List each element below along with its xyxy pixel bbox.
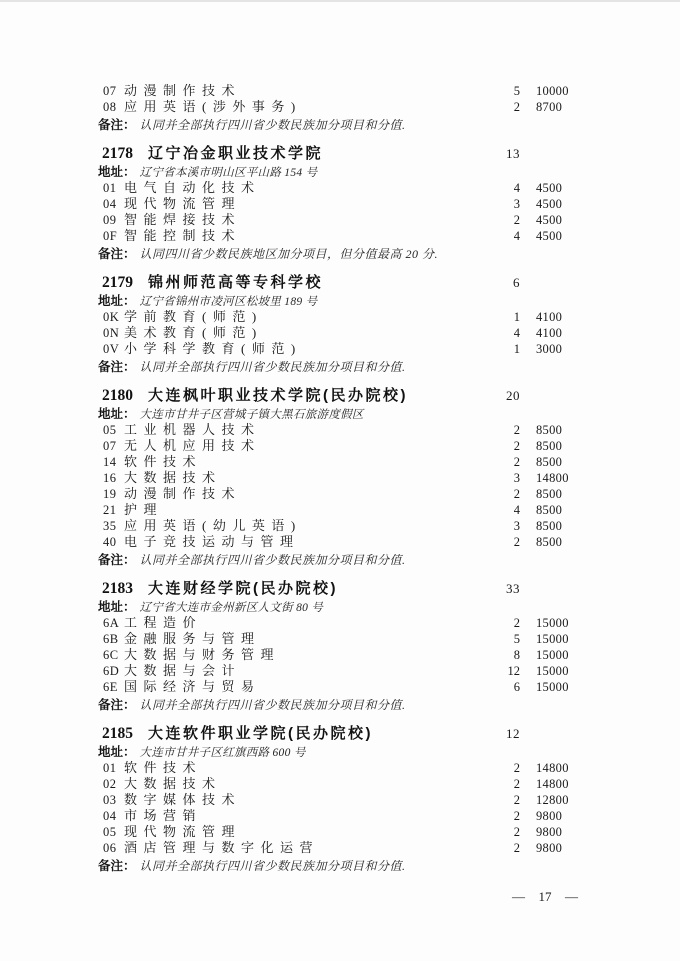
major-code: 16: [103, 470, 124, 486]
school-section: 2178辽宁冶金职业技术学院13地址：辽宁省本溪市明山区平山路 154 号01电…: [0, 144, 680, 262]
school-header: 2183大连财经学院(民办院校)33: [0, 579, 680, 599]
major-row: 09智能焊接技术24500: [0, 212, 680, 228]
school-name: 锦州师范高等专科学校: [148, 274, 323, 291]
major-code: 6E: [103, 679, 124, 695]
note-text: 认同并全部执行四川省少数民族加分项目和分值.: [140, 360, 406, 374]
school-section: 2185大连软件职业学院(民办院校)12地址：大连市甘井子区红旗西路 600 号…: [0, 724, 680, 874]
major-code: 14: [103, 454, 124, 470]
major-name: 工程造价: [124, 615, 202, 630]
major-code: 6B: [103, 631, 124, 647]
school-name: 大连枫叶职业技术学院(民办院校): [148, 387, 408, 404]
major-plan-count: 3: [460, 470, 520, 486]
document-content: 07动漫制作技术51000008应用英语(涉外事务)28700备注：认同并全部执…: [0, 83, 680, 874]
major-row: 14软件技术28500: [0, 454, 680, 470]
major-plan-count: 2: [460, 840, 520, 856]
major-tuition-fee: 4100: [536, 325, 562, 341]
footer-dash-right: —: [565, 889, 578, 905]
major-row: 6D大数据与会计1215000: [0, 663, 680, 679]
school-section: 2180大连枫叶职业技术学院(民办院校)20地址：大连市甘井子区营城子镇大黑石旅…: [0, 386, 680, 568]
address-row: 地址：辽宁省锦州市凌河区松坡里 189 号: [0, 293, 680, 309]
major-row: 04市场营销29800: [0, 808, 680, 824]
major-row: 0N美术教育(师范)44100: [0, 325, 680, 341]
school-code: 2178: [102, 144, 140, 164]
major-name: 现代物流管理: [124, 196, 241, 211]
major-name: 大数据与财务管理: [124, 647, 280, 662]
major-plan-count: 3: [460, 196, 520, 212]
school-name: 辽宁冶金职业技术学院: [148, 145, 323, 162]
major-tuition-fee: 8700: [536, 99, 562, 115]
major-row: 19动漫制作技术28500: [0, 486, 680, 502]
major-code: 21: [103, 502, 124, 518]
major-name: 小学科学教育(师范): [124, 341, 302, 356]
major-plan-count: 4: [460, 502, 520, 518]
major-plan-count: 3: [460, 518, 520, 534]
note-row: 备注：认同四川省少数民族地区加分项目，但分值最高 20 分.: [0, 246, 680, 262]
major-code: 04: [103, 196, 124, 212]
note-row: 备注：认同并全部执行四川省少数民族加分项目和分值.: [0, 697, 680, 713]
major-plan-count: 2: [460, 438, 520, 454]
major-row: 0K学前教育(师范)14100: [0, 309, 680, 325]
major-row: 16大数据技术314800: [0, 470, 680, 486]
major-code: 07: [103, 83, 124, 99]
school-plan-total: 13: [460, 144, 520, 164]
note-text: 认同并全部执行四川省少数民族加分项目和分值.: [140, 553, 406, 567]
major-row: 0F智能控制技术44500: [0, 228, 680, 244]
major-tuition-fee: 8500: [536, 486, 562, 502]
school-header: 2178辽宁冶金职业技术学院13: [0, 144, 680, 164]
school-header: 2180大连枫叶职业技术学院(民办院校)20: [0, 386, 680, 406]
major-plan-count: 2: [460, 422, 520, 438]
major-name: 软件技术: [124, 454, 202, 469]
major-name: 护理: [124, 502, 163, 517]
major-plan-count: 1: [460, 341, 520, 357]
major-name: 动漫制作技术: [124, 486, 241, 501]
school-plan-total: 6: [460, 273, 520, 293]
major-name: 大数据技术: [124, 470, 222, 485]
note-row: 备注：认同并全部执行四川省少数民族加分项目和分值.: [0, 359, 680, 375]
address-text: 辽宁省锦州市凌河区松坡里 189 号: [140, 296, 318, 308]
note-row: 备注：认同并全部执行四川省少数民族加分项目和分值.: [0, 858, 680, 874]
major-tuition-fee: 9800: [536, 840, 562, 856]
major-tuition-fee: 15000: [536, 647, 569, 663]
major-tuition-fee: 15000: [536, 631, 569, 647]
major-plan-count: 2: [460, 99, 520, 115]
major-name: 酒店管理与数字化运营: [124, 840, 319, 855]
major-row: 6C大数据与财务管理815000: [0, 647, 680, 663]
page-footer: — 17 —: [512, 889, 578, 905]
major-code: 04: [103, 808, 124, 824]
major-plan-count: 2: [460, 776, 520, 792]
major-row: 6E国际经济与贸易615000: [0, 679, 680, 695]
major-plan-count: 5: [460, 83, 520, 99]
note-text: 认同四川省少数民族地区加分项目，但分值最高 20 分.: [140, 247, 439, 261]
major-tuition-fee: 10000: [536, 83, 569, 99]
major-code: 0F: [103, 228, 124, 244]
major-name: 学前教育(师范): [124, 309, 263, 324]
major-tuition-fee: 15000: [536, 679, 569, 695]
school-name: 大连软件职业学院(民办院校): [148, 725, 373, 742]
major-name: 工业机器人技术: [124, 422, 261, 437]
major-plan-count: 2: [460, 615, 520, 631]
school-header: 2185大连软件职业学院(民办院校)12: [0, 724, 680, 744]
major-plan-count: 2: [460, 534, 520, 550]
address-label: 地址：: [98, 407, 136, 421]
major-tuition-fee: 14800: [536, 776, 569, 792]
major-name: 智能焊接技术: [124, 212, 241, 227]
major-name: 大数据技术: [124, 776, 222, 791]
major-plan-count: 5: [460, 631, 520, 647]
major-row: 40电子竞技运动与管理28500: [0, 534, 680, 550]
address-label: 地址：: [98, 165, 136, 179]
major-row: 01电气自动化技术44500: [0, 180, 680, 196]
major-plan-count: 4: [460, 228, 520, 244]
major-name: 金融服务与管理: [124, 631, 261, 646]
school-code: 2185: [102, 724, 140, 744]
document-page: 07动漫制作技术51000008应用英语(涉外事务)28700备注：认同并全部执…: [0, 0, 680, 961]
note-label: 备注：: [98, 859, 136, 873]
major-plan-count: 2: [460, 454, 520, 470]
major-row: 01软件技术214800: [0, 760, 680, 776]
address-text: 大连市甘井子区营城子镇大黑石旅游度假区: [140, 409, 364, 421]
major-plan-count: 4: [460, 325, 520, 341]
major-row: 21护理48500: [0, 502, 680, 518]
major-plan-count: 2: [460, 824, 520, 840]
major-code: 6C: [103, 647, 124, 663]
major-code: 05: [103, 824, 124, 840]
school-header: 2179锦州师范高等专科学校6: [0, 273, 680, 293]
major-tuition-fee: 9800: [536, 824, 562, 840]
address-row: 地址：辽宁省本溪市明山区平山路 154 号: [0, 164, 680, 180]
major-tuition-fee: 8500: [536, 438, 562, 454]
major-code: 0N: [103, 325, 124, 341]
major-plan-count: 2: [460, 808, 520, 824]
school-section: 07动漫制作技术51000008应用英语(涉外事务)28700备注：认同并全部执…: [0, 83, 680, 133]
footer-dash-left: —: [512, 889, 525, 905]
major-code: 05: [103, 422, 124, 438]
major-row: 05工业机器人技术28500: [0, 422, 680, 438]
major-row: 04现代物流管理34500: [0, 196, 680, 212]
school-section: 2179锦州师范高等专科学校6地址：辽宁省锦州市凌河区松坡里 189 号0K学前…: [0, 273, 680, 375]
major-code: 03: [103, 792, 124, 808]
major-row: 08应用英语(涉外事务)28700: [0, 99, 680, 115]
major-code: 19: [103, 486, 124, 502]
major-name: 国际经济与贸易: [124, 679, 261, 694]
major-row: 02大数据技术214800: [0, 776, 680, 792]
major-row: 07无人机应用技术28500: [0, 438, 680, 454]
major-name: 电子竞技运动与管理: [124, 534, 300, 549]
note-label: 备注：: [98, 553, 136, 567]
school-name: 大连财经学院(民办院校): [148, 580, 338, 597]
major-row: 6A工程造价215000: [0, 615, 680, 631]
major-name: 大数据与会计: [124, 663, 241, 678]
major-code: 6A: [103, 615, 124, 631]
major-tuition-fee: 14800: [536, 760, 569, 776]
note-row: 备注：认同并全部执行四川省少数民族加分项目和分值.: [0, 117, 680, 133]
major-tuition-fee: 3000: [536, 341, 562, 357]
major-name: 动漫制作技术: [124, 83, 241, 98]
major-row: 35应用英语(幼儿英语)38500: [0, 518, 680, 534]
major-tuition-fee: 15000: [536, 663, 569, 679]
major-plan-count: 1: [460, 309, 520, 325]
major-name: 电气自动化技术: [124, 180, 261, 195]
major-plan-count: 4: [460, 180, 520, 196]
note-label: 备注：: [98, 698, 136, 712]
major-tuition-fee: 4500: [536, 228, 562, 244]
major-name: 智能控制技术: [124, 228, 241, 243]
major-code: 40: [103, 534, 124, 550]
major-tuition-fee: 8500: [536, 518, 562, 534]
major-code: 06: [103, 840, 124, 856]
address-text: 辽宁省大连市金州新区人文街 80 号: [140, 602, 324, 614]
major-tuition-fee: 9800: [536, 808, 562, 824]
note-label: 备注：: [98, 247, 136, 261]
major-tuition-fee: 4100: [536, 309, 562, 325]
major-name: 软件技术: [124, 760, 202, 775]
school-plan-total: 20: [460, 386, 520, 406]
major-row: 6B金融服务与管理515000: [0, 631, 680, 647]
major-code: 02: [103, 776, 124, 792]
major-name: 应用英语(涉外事务): [124, 99, 302, 114]
address-text: 大连市甘井子区红旗西路 600 号: [140, 747, 306, 759]
major-tuition-fee: 4500: [536, 180, 562, 196]
major-row: 06酒店管理与数字化运营29800: [0, 840, 680, 856]
major-code: 01: [103, 180, 124, 196]
school-plan-total: 33: [460, 579, 520, 599]
address-row: 地址：大连市甘井子区红旗西路 600 号: [0, 744, 680, 760]
major-row: 0V小学科学教育(师范)13000: [0, 341, 680, 357]
major-tuition-fee: 14800: [536, 470, 569, 486]
major-code: 0K: [103, 309, 124, 325]
major-row: 03数字媒体技术212800: [0, 792, 680, 808]
note-text: 认同并全部执行四川省少数民族加分项目和分值.: [140, 698, 406, 712]
major-plan-count: 12: [460, 663, 520, 679]
major-plan-count: 2: [460, 792, 520, 808]
major-name: 美术教育(师范): [124, 325, 263, 340]
major-row: 07动漫制作技术510000: [0, 83, 680, 99]
school-code: 2179: [102, 273, 140, 293]
major-tuition-fee: 4500: [536, 212, 562, 228]
note-text: 认同并全部执行四川省少数民族加分项目和分值.: [140, 118, 406, 132]
address-row: 地址：辽宁省大连市金州新区人文街 80 号: [0, 599, 680, 615]
major-tuition-fee: 8500: [536, 502, 562, 518]
major-plan-count: 8: [460, 647, 520, 663]
major-plan-count: 2: [460, 212, 520, 228]
major-name: 应用英语(幼儿英语): [124, 518, 302, 533]
major-code: 35: [103, 518, 124, 534]
major-code: 07: [103, 438, 124, 454]
major-code: 09: [103, 212, 124, 228]
major-plan-count: 2: [460, 760, 520, 776]
scan-edge-line: [0, 0, 680, 2]
note-row: 备注：认同并全部执行四川省少数民族加分项目和分值.: [0, 552, 680, 568]
address-label: 地址：: [98, 600, 136, 614]
school-code: 2180: [102, 386, 140, 406]
major-tuition-fee: 4500: [536, 196, 562, 212]
major-code: 08: [103, 99, 124, 115]
major-row: 05现代物流管理29800: [0, 824, 680, 840]
school-code: 2183: [102, 579, 140, 599]
note-label: 备注：: [98, 360, 136, 374]
major-tuition-fee: 15000: [536, 615, 569, 631]
major-code: 0V: [103, 341, 124, 357]
page-number: 17: [539, 889, 552, 905]
major-tuition-fee: 8500: [536, 422, 562, 438]
major-code: 6D: [103, 663, 124, 679]
address-label: 地址：: [98, 294, 136, 308]
note-text: 认同并全部执行四川省少数民族加分项目和分值.: [140, 859, 406, 873]
major-name: 现代物流管理: [124, 824, 241, 839]
school-plan-total: 12: [460, 724, 520, 744]
major-tuition-fee: 8500: [536, 454, 562, 470]
major-plan-count: 6: [460, 679, 520, 695]
major-name: 数字媒体技术: [124, 792, 241, 807]
major-tuition-fee: 8500: [536, 534, 562, 550]
school-section: 2183大连财经学院(民办院校)33地址：辽宁省大连市金州新区人文街 80 号6…: [0, 579, 680, 713]
address-label: 地址：: [98, 745, 136, 759]
note-label: 备注：: [98, 118, 136, 132]
address-row: 地址：大连市甘井子区营城子镇大黑石旅游度假区: [0, 406, 680, 422]
address-text: 辽宁省本溪市明山区平山路 154 号: [140, 167, 318, 179]
major-name: 市场营销: [124, 808, 202, 823]
major-tuition-fee: 12800: [536, 792, 569, 808]
major-name: 无人机应用技术: [124, 438, 261, 453]
major-plan-count: 2: [460, 486, 520, 502]
major-code: 01: [103, 760, 124, 776]
